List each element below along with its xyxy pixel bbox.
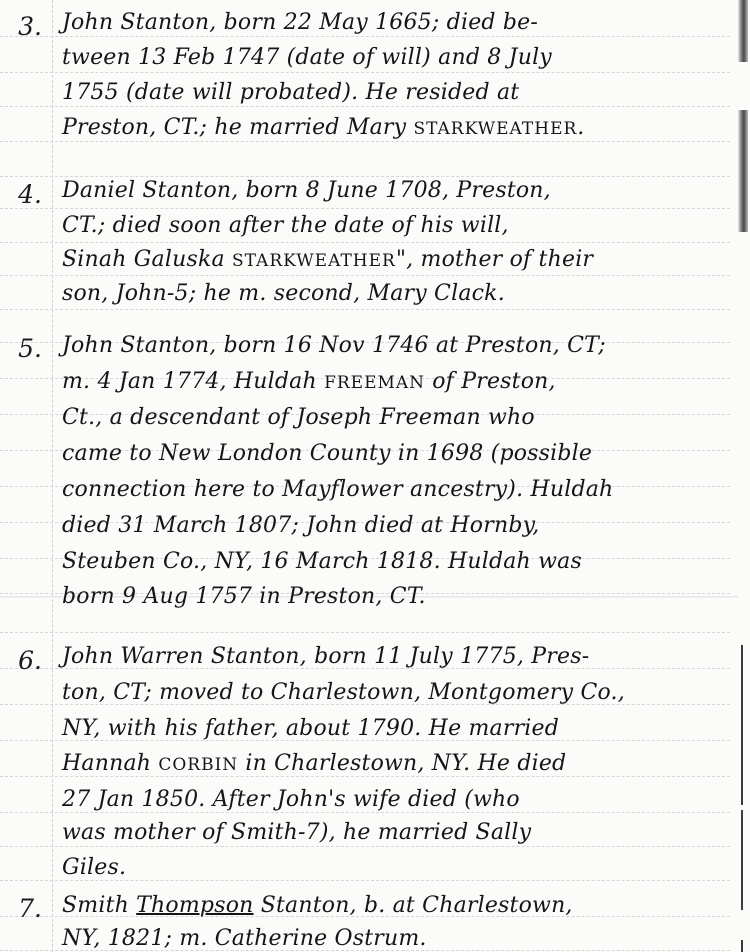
ruled-line [0,176,730,177]
ruled-line [0,776,730,777]
entry-line: tween 13 Feb 1747 (date of will) and 8 J… [62,45,552,70]
entry-line: Ct., a descendant of Joseph Freeman who [62,405,535,430]
surname-caps: STARKWEATHER [232,251,396,271]
ruled-line [0,812,730,813]
surname-caps: CORBIN [158,755,238,775]
page-edge-line [741,810,743,910]
entry-line: Sinah Galuska STARKWEATHER", mother of t… [62,247,593,272]
entry-line: Smith Thompson Stanton, b. at Charlestow… [62,893,573,918]
ruled-line [0,275,730,276]
entry-line: came to New London County in 1698 (possi… [62,441,592,466]
entry-number: 3. [6,12,42,41]
ruled-line [0,141,730,142]
entry-line: John Stanton, born 16 Nov 1746 at Presto… [62,333,606,358]
ruled-line [0,106,730,107]
entry-line: was mother of Smith-7), he married Sally [62,820,531,845]
entry-line: Hannah CORBIN in Charlestown, NY. He die… [62,751,566,776]
entry-line: 1755 (date will probated). He resided at [62,80,519,105]
page-edge-line [741,940,743,952]
underlined-name: Thompson [136,893,253,918]
entry-line: Daniel Stanton, born 8 June 1708, Presto… [62,178,551,203]
entry-line: 27 Jan 1850. After John's wife died (who [62,787,520,812]
entry-number: 6. [6,646,42,675]
ruled-line [0,880,730,881]
entry-line: John Stanton, born 22 May 1665; died be- [62,10,538,35]
surname-caps: STARKWEATHER [413,119,577,139]
entry-line: NY, 1821; m. Catherine Ostrum. [62,926,427,951]
ruled-line [0,309,730,310]
entry-number: 4. [6,180,42,209]
ruled-line [0,846,730,847]
page-edge-line [741,645,743,805]
margin-line [52,0,53,952]
ruled-line [0,242,730,243]
ruled-line [0,632,730,633]
handwritten-page: 3. John Stanton, born 22 May 1665; died … [0,0,750,952]
entry-line: died 31 March 1807; John died at Hornby, [62,513,540,538]
ruled-line [0,36,730,37]
entry-line: Steuben Co., NY, 16 March 1818. Huldah w… [62,549,582,574]
entry-line: son, John-5; he m. second, Mary Clack. [62,281,505,306]
entry-line: Giles. [62,855,126,880]
surname-caps: FREEMAN [324,373,425,393]
page-edge-shadow [738,110,748,232]
entry-line: ton, CT; moved to Charlestown, Montgomer… [62,680,625,705]
entry-line: m. 4 Jan 1774, Huldah FREEMAN of Preston… [62,369,556,394]
entry-number: 7. [6,894,42,923]
entry-line: CT.; died soon after the date of his wil… [62,213,509,238]
entry-line: connection here to Mayflower ancestry). … [62,477,613,502]
entry-line: born 9 Aug 1757 in Preston, CT. [62,584,426,609]
ruled-line [0,72,730,73]
page-edge-shadow [738,0,748,62]
entry-line: Preston, CT.; he married Mary STARKWEATH… [62,115,585,140]
ruled-line [0,208,730,209]
entry-line: John Warren Stanton, born 11 July 1775, … [62,644,589,669]
entry-line: NY, with his father, about 1790. He marr… [62,716,559,741]
entry-number: 5. [6,334,42,363]
